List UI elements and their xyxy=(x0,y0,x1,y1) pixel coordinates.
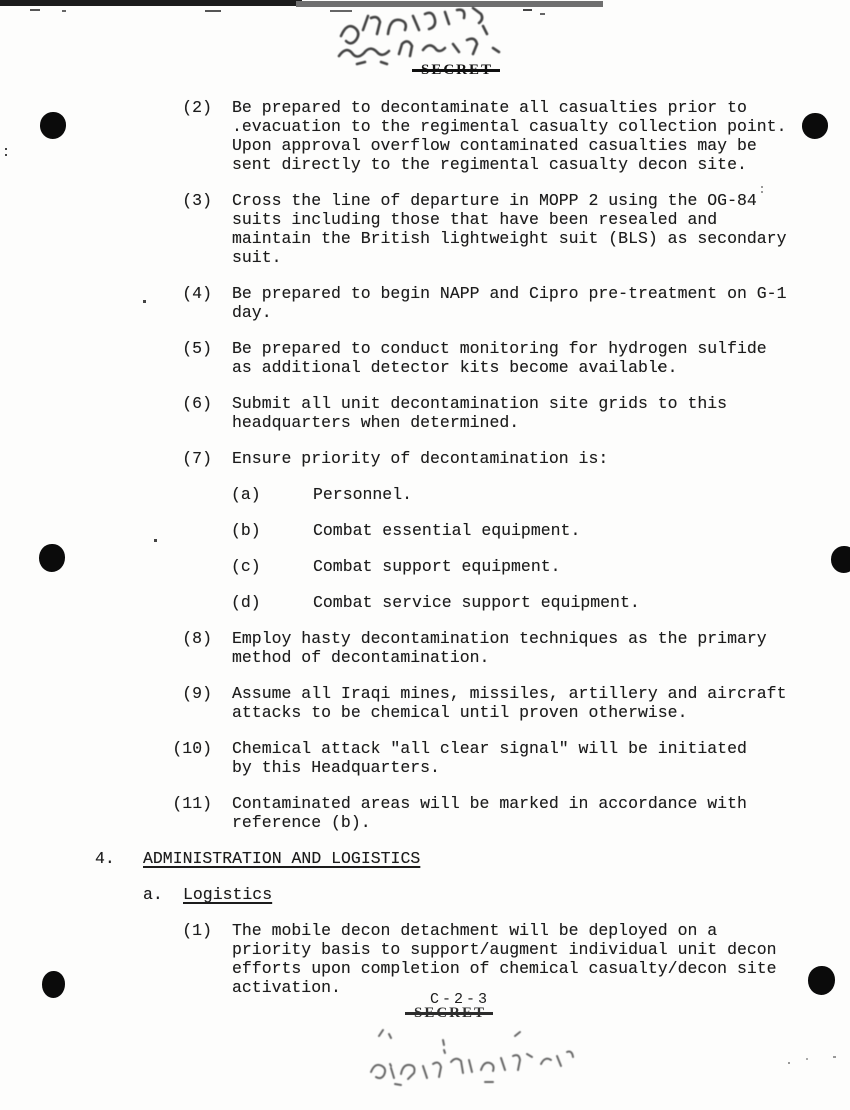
document-page: SECRET (2) Be prepared to decontaminate … xyxy=(0,0,850,1110)
list-item-number: (1) xyxy=(172,921,212,997)
list-item-number: (9) xyxy=(172,684,212,722)
subsection-title: Logistics xyxy=(183,885,272,904)
list-item: (9) Assume all Iraqi mines, missiles, ar… xyxy=(172,684,850,722)
sub-list-item-text: Combat essential equipment. xyxy=(313,521,813,540)
scan-speck xyxy=(30,9,40,11)
sub-list-item: (d) Combat service support equipment. xyxy=(231,593,850,612)
list-item-text: Ensure priority of decontamination is: xyxy=(232,449,792,468)
list-item-text: Employ hasty decontamination techniques … xyxy=(232,629,792,667)
list-item-number: (8) xyxy=(172,629,212,667)
section-number: 4. xyxy=(95,849,115,868)
classification-marking-bottom: SECRET xyxy=(414,1005,486,1022)
section-heading: 4. ADMINISTRATION AND LOGISTICS xyxy=(95,849,850,868)
list-item-text: Assume all Iraqi mines, missiles, artill… xyxy=(232,684,792,722)
list-item-text: Be prepared to begin NAPP and Cipro pre-… xyxy=(232,284,792,322)
scan-artifact-bar-dark xyxy=(0,0,302,6)
document-body: (2) Be prepared to decontaminate all cas… xyxy=(0,98,850,1014)
list-item-text: Be prepared to decontaminate all casualt… xyxy=(232,98,792,174)
illegible-stamp-top xyxy=(333,6,508,68)
sub-list-item: (a) Personnel. xyxy=(231,485,850,504)
list-item-number: (10) xyxy=(172,739,212,777)
list-item: (11) Contaminated areas will be marked i… xyxy=(172,794,850,832)
list-item-number: (5) xyxy=(172,339,212,377)
list-item-number: (6) xyxy=(172,394,212,432)
redaction-strike-line xyxy=(405,1012,493,1015)
list-item-text: Submit all unit decontamination site gri… xyxy=(232,394,792,432)
list-item-text: The mobile decon detachment will be depl… xyxy=(232,921,792,997)
redaction-strike-line xyxy=(412,69,500,72)
list-item-text: Contaminated areas will be marked in acc… xyxy=(232,794,792,832)
scan-speck xyxy=(205,10,221,12)
list-item: (5) Be prepared to conduct monitoring fo… xyxy=(172,339,850,377)
list-item: (6) Submit all unit decontamination site… xyxy=(172,394,850,432)
sub-list-item-text: Combat support equipment. xyxy=(313,557,813,576)
list-item-number: (7) xyxy=(172,449,212,468)
section-title: ADMINISTRATION AND LOGISTICS xyxy=(143,849,420,868)
scan-speck xyxy=(62,10,66,12)
sub-list-item-text: Personnel. xyxy=(313,485,813,504)
list-item-text: Be prepared to conduct monitoring for hy… xyxy=(232,339,792,377)
scan-speck xyxy=(788,1062,790,1064)
sub-list-item-letter: (b) xyxy=(231,521,271,540)
list-item: (1) The mobile decon detachment will be … xyxy=(172,921,850,997)
list-item: (8) Employ hasty decontamination techniq… xyxy=(172,629,850,667)
sub-list-item-letter: (a) xyxy=(231,485,271,504)
classification-marking-top: SECRET xyxy=(421,62,493,79)
sub-list-item: (b) Combat essential equipment. xyxy=(231,521,850,540)
subsection-heading: a. Logistics xyxy=(143,885,850,904)
list-item-number: (2) xyxy=(172,98,212,174)
list-item: (10) Chemical attack "all clear signal" … xyxy=(172,739,850,777)
subsection-letter: a. xyxy=(143,885,163,904)
list-item: (3) Cross the line of departure in MOPP … xyxy=(172,191,850,267)
scan-speck xyxy=(523,9,532,11)
list-item: (2) Be prepared to decontaminate all cas… xyxy=(172,98,850,174)
list-item-text: Cross the line of departure in MOPP 2 us… xyxy=(232,191,792,267)
sub-list-item-letter: (d) xyxy=(231,593,271,612)
illegible-stamp-bottom xyxy=(365,1028,580,1088)
sub-list-item: (c) Combat support equipment. xyxy=(231,557,850,576)
sub-list-item-text: Combat service support equipment. xyxy=(313,593,813,612)
scan-speck xyxy=(806,1058,808,1060)
list-item-number: (4) xyxy=(172,284,212,322)
scan-speck xyxy=(540,13,545,15)
list-item-number: (11) xyxy=(172,794,212,832)
list-item: (4) Be prepared to begin NAPP and Cipro … xyxy=(172,284,850,322)
list-item-number: (3) xyxy=(172,191,212,267)
list-item-text: Chemical attack "all clear signal" will … xyxy=(232,739,792,777)
scan-speck xyxy=(833,1056,836,1058)
list-item: (7) Ensure priority of decontamination i… xyxy=(172,449,850,468)
sub-list-item-letter: (c) xyxy=(231,557,271,576)
